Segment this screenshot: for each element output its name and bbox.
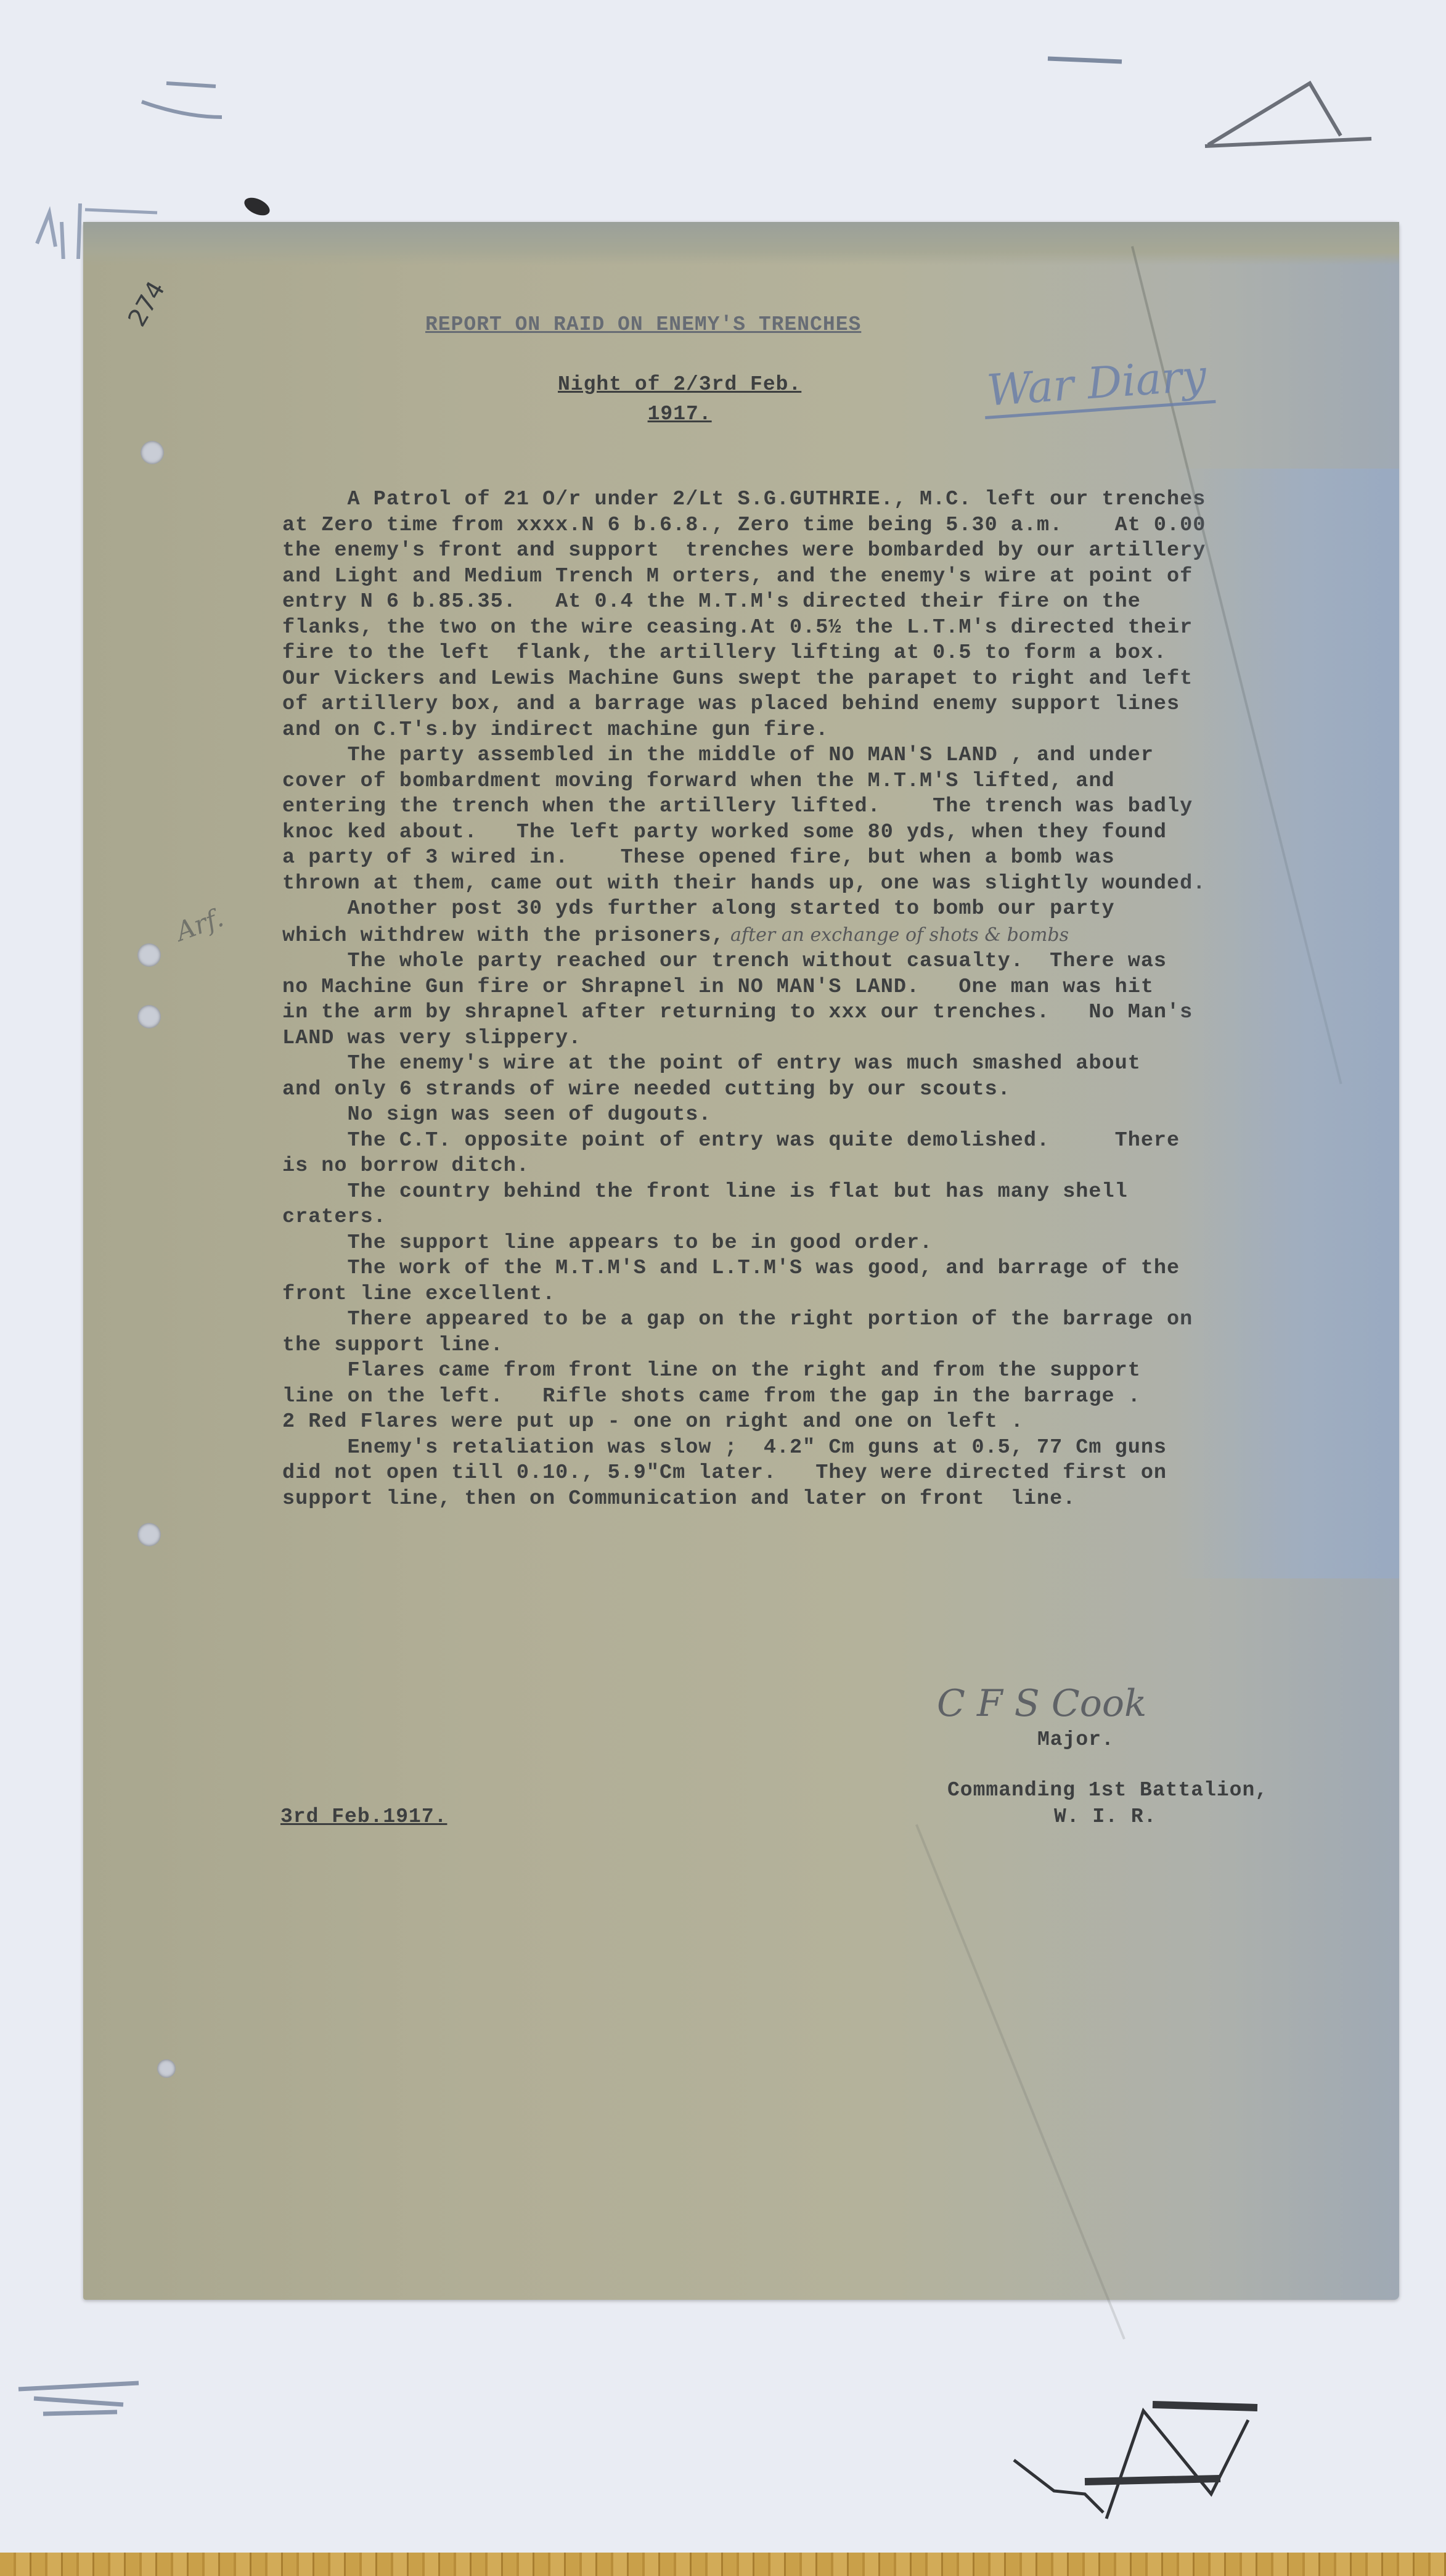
punch-hole bbox=[157, 2059, 176, 2078]
signatory-command: Commanding 1st Battalion, bbox=[947, 1779, 1268, 1802]
body-line: and only 6 strands of wire needed cuttin… bbox=[282, 1077, 1392, 1103]
body-line: did not open till 0.10., 5.9"Cm later. T… bbox=[282, 1461, 1392, 1487]
body-line: support line, then on Communication and … bbox=[282, 1487, 1392, 1512]
report-title: REPORT ON RAID ON ENEMY'S TRENCHES bbox=[425, 313, 861, 336]
body-line: at Zero time from xxxx.N 6 b.6.8., Zero … bbox=[282, 513, 1392, 539]
body-line: The party assembled in the middle of NO … bbox=[282, 743, 1392, 769]
body-line: the enemy's front and support trenches w… bbox=[282, 538, 1392, 564]
body-line: The country behind the front line is fla… bbox=[282, 1179, 1392, 1205]
body-line: LAND was very slippery. bbox=[282, 1026, 1392, 1052]
paper-crease bbox=[915, 1824, 1125, 2340]
body-line: craters. bbox=[282, 1205, 1392, 1231]
signatory-rank: Major. bbox=[1037, 1728, 1114, 1751]
body-line: entering the trench when the artillery l… bbox=[282, 794, 1392, 820]
body-line: which withdrew with the prisoners, after… bbox=[282, 922, 1392, 950]
desk-surface bbox=[0, 2553, 1446, 2576]
body-line: The C.T. opposite point of entry was qui… bbox=[282, 1128, 1392, 1154]
body-line: A Patrol of 21 O/r under 2/Lt S.G.GUTHRI… bbox=[282, 487, 1392, 513]
body-line: Flares came from front line on the right… bbox=[282, 1358, 1392, 1384]
body-line: Our Vickers and Lewis Machine Guns swept… bbox=[282, 667, 1392, 692]
pencil-marks-top bbox=[0, 0, 1446, 259]
signature: C F S Cook bbox=[937, 1682, 1146, 1725]
report-subtitle: Night of 2/3rd Feb. 1917. bbox=[558, 370, 801, 429]
body-line: knoc ked about. The left party worked so… bbox=[282, 820, 1392, 846]
body-line: front line excellent. bbox=[282, 1282, 1392, 1308]
subtitle-night: Night of 2/3rd Feb. bbox=[558, 373, 801, 396]
body-line: 2 Red Flares were put up - one on right … bbox=[282, 1409, 1392, 1435]
body-line: thrown at them, came out with their hand… bbox=[282, 871, 1392, 897]
signatory-unit: W. I. R. bbox=[1054, 1805, 1156, 1828]
punch-hole bbox=[141, 441, 164, 464]
body-line: The whole party reached our trench witho… bbox=[282, 949, 1392, 975]
body-line: Enemy's retaliation was slow ; 4.2" Cm g… bbox=[282, 1435, 1392, 1461]
handwritten-insert: after an exchange of shots & bombs bbox=[725, 924, 1069, 946]
punch-hole bbox=[137, 1523, 161, 1546]
subtitle-year: 1917. bbox=[648, 403, 712, 425]
body-line: Another post 30 yds further along starte… bbox=[282, 896, 1392, 922]
body-line: fire to the left flank, the artillery li… bbox=[282, 641, 1392, 667]
body-line: no Machine Gun fire or Shrapnel in NO MA… bbox=[282, 975, 1392, 1001]
body-line: in the arm by shrapnel after returning t… bbox=[282, 1000, 1392, 1026]
body-line: The enemy's wire at the point of entry w… bbox=[282, 1051, 1392, 1077]
punch-hole bbox=[137, 1005, 161, 1028]
body-line: and Light and Medium Trench M orters, an… bbox=[282, 564, 1392, 590]
top-fold bbox=[83, 222, 1399, 265]
body-line: There appeared to be a gap on the right … bbox=[282, 1307, 1392, 1333]
body-line: line on the left. Rifle shots came from … bbox=[282, 1384, 1392, 1410]
body-line: is no borrow ditch. bbox=[282, 1154, 1392, 1179]
report-date: 3rd Feb.1917. bbox=[280, 1805, 447, 1828]
body-line: No sign was seen of dugouts. bbox=[282, 1102, 1392, 1128]
body-line: entry N 6 b.85.35. At 0.4 the M.T.M's di… bbox=[282, 589, 1392, 615]
punch-hole bbox=[137, 943, 161, 967]
body-line: flanks, the two on the wire ceasing.At 0… bbox=[282, 615, 1392, 641]
body-line: a party of 3 wired in. These opened fire… bbox=[282, 845, 1392, 871]
report-body: A Patrol of 21 O/r under 2/Lt S.G.GUTHRI… bbox=[282, 487, 1392, 1512]
body-line: The support line appears to be in good o… bbox=[282, 1231, 1392, 1257]
body-line: of artillery box, and a barrage was plac… bbox=[282, 692, 1392, 718]
body-line: cover of bombardment moving forward when… bbox=[282, 769, 1392, 795]
body-line: The work of the M.T.M'S and L.T.M'S was … bbox=[282, 1256, 1392, 1282]
body-line: and on C.T's.by indirect machine gun fir… bbox=[282, 718, 1392, 744]
body-line: the support line. bbox=[282, 1333, 1392, 1359]
